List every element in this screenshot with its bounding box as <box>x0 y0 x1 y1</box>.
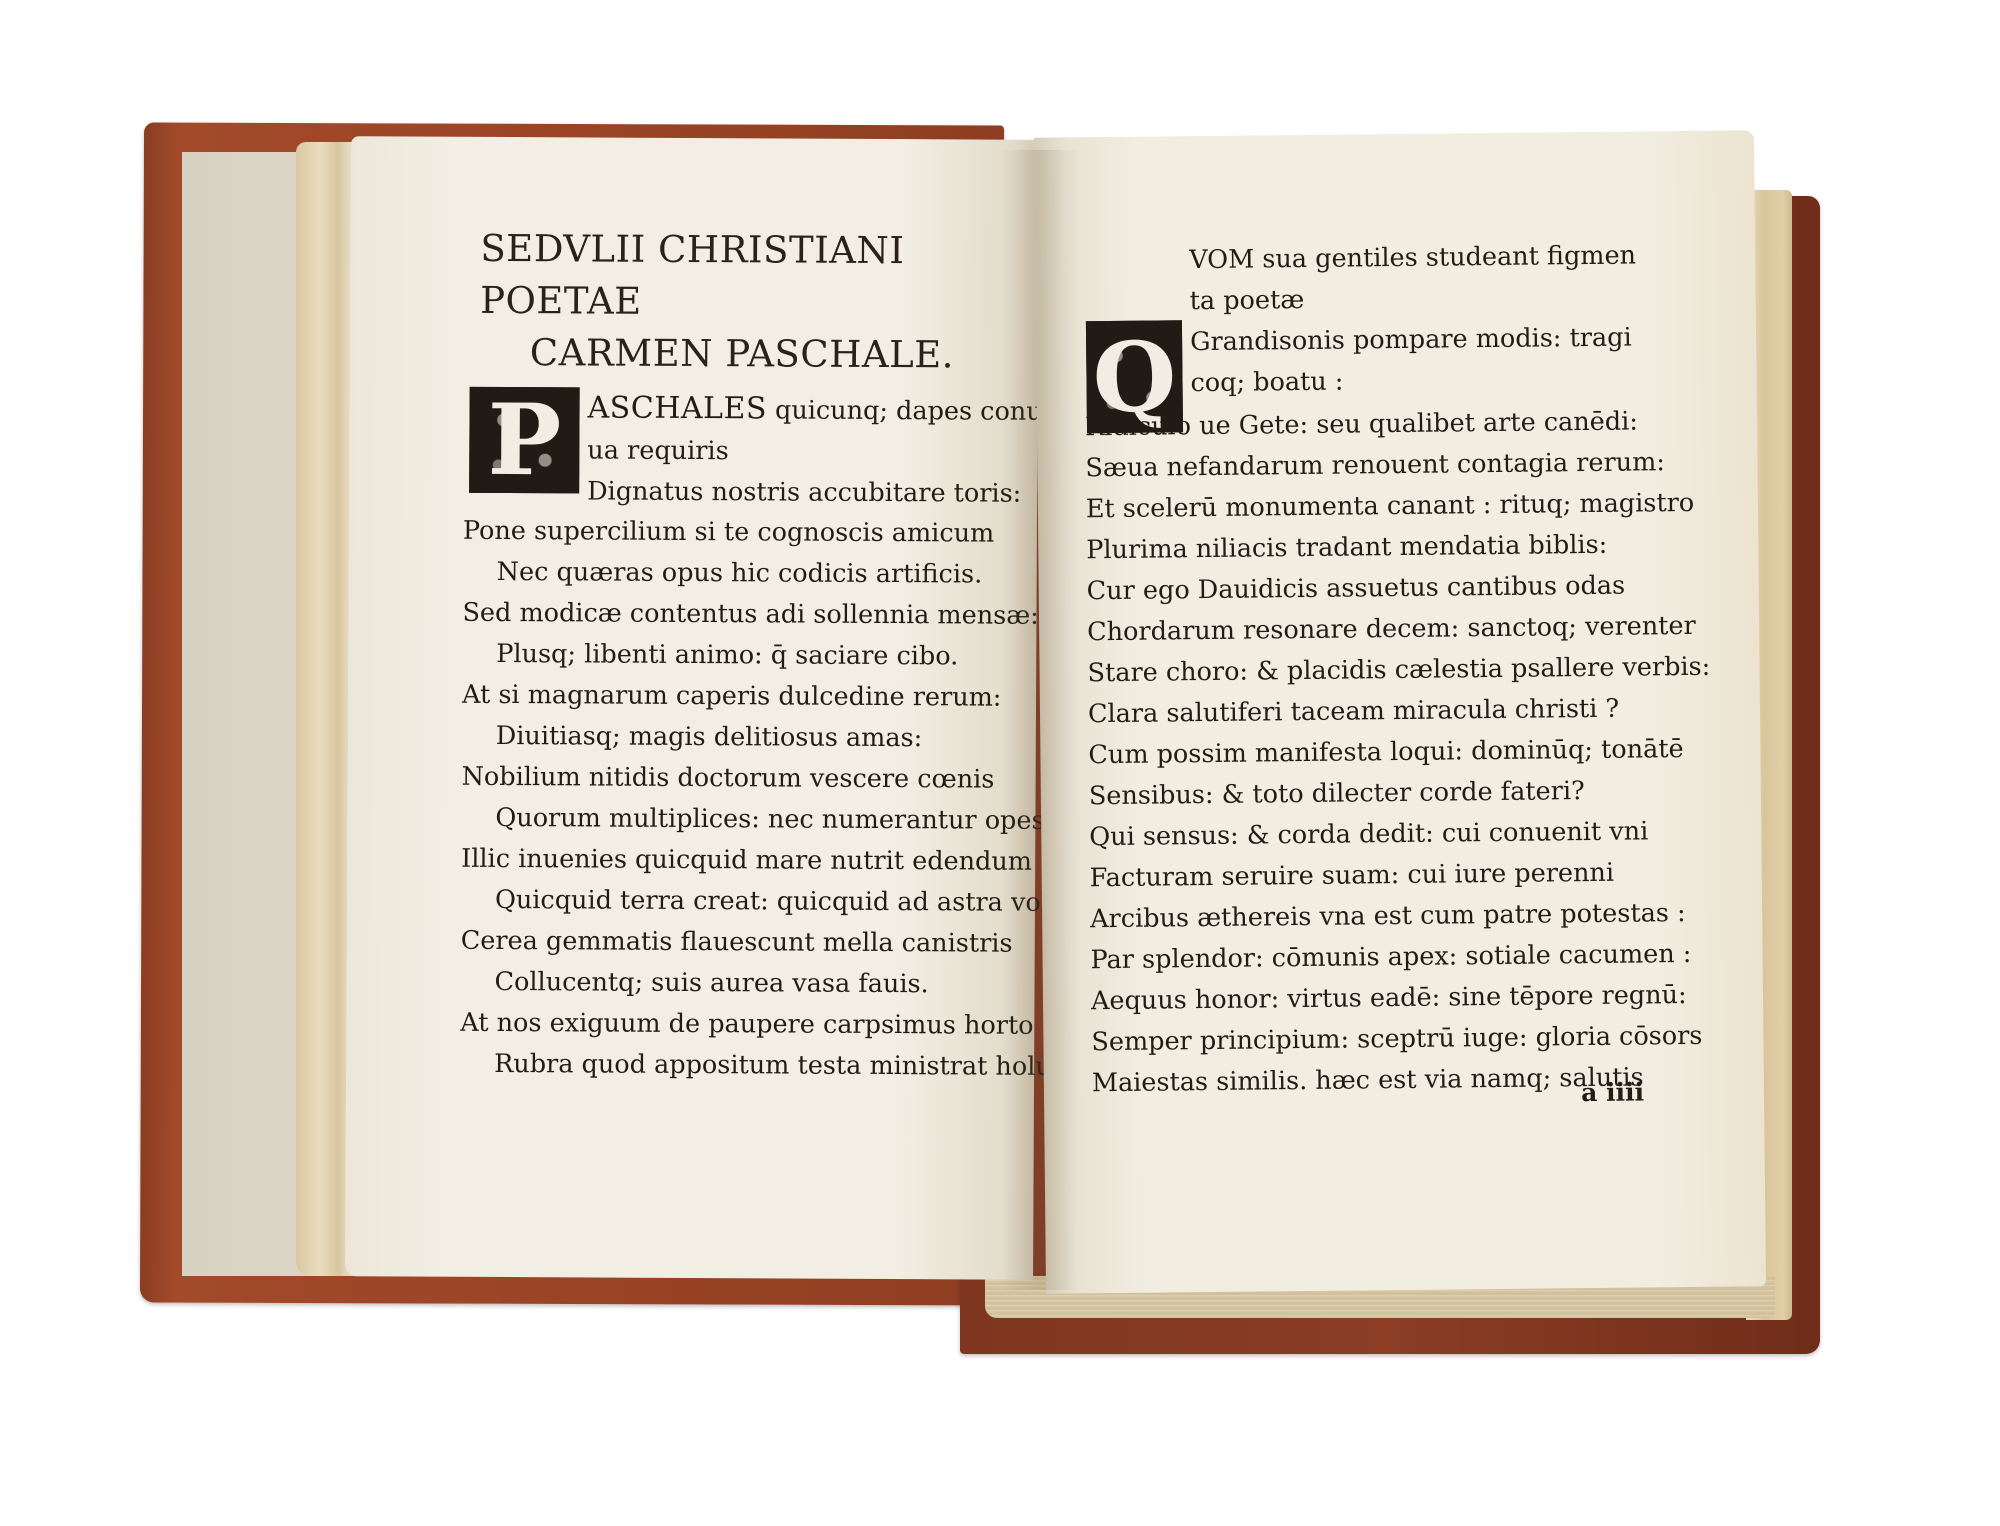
opening-line-3: Dignatus nostris accubitare toris: <box>587 471 1051 514</box>
verse-line: Nobilium nitidis doctorum vescere cœnis <box>462 757 1076 801</box>
verse-line: Quorum multiplices: nec numerantur opes. <box>461 798 1075 842</box>
verse-line: Illic inuenies quicquid mare nutrit eden… <box>461 839 1075 883</box>
verse-line: Collucentq; suis aurea vasa fauis. <box>460 962 1074 1006</box>
verse-line: Par splendor: cōmunis apex: sotiale cacu… <box>1090 934 1713 982</box>
verse-line: Cum possim manifesta loqui: dominūq; ton… <box>1088 729 1711 777</box>
verse-block: Pone supercilium si te cognoscis amicum … <box>460 511 1076 1088</box>
opening-line-1: VOM sua gentiles studeant figmen <box>1189 236 1636 282</box>
verse-line: Diuitiasq; magis delitiosus amas: <box>462 716 1076 760</box>
verse-line: Cerea gemmatis flauescunt mella canistri… <box>461 921 1075 965</box>
verse-line: Stare choro: & placidis cælestia psaller… <box>1087 647 1710 695</box>
verse-line: Nec quæras opus hic codicis artificis. <box>463 552 1077 596</box>
verse-line: Aequus honor: virtus eadē: sine tēpore r… <box>1091 975 1714 1023</box>
verse-line: Qui sensus: & corda dedit: cui conuenit … <box>1089 811 1712 859</box>
verse-line: Quicquid terra creat: quicquid ad astra … <box>461 880 1075 924</box>
title-line-2: CARMEN PASCHALE. <box>480 327 1040 382</box>
decorated-initial-p-icon: P <box>469 387 580 494</box>
verse-line: Ridiculo ue Gete: seu qualibet arte canē… <box>1085 401 1708 449</box>
right-page: Q VOM sua gentiles studeant figmen ta po… <box>1034 130 1766 1293</box>
signature-mark: a iiii <box>1581 1077 1644 1107</box>
verse-line: Arcibus æthereis vna est cum patre potes… <box>1090 893 1713 941</box>
title-line-1: SEDVLII CHRISTIANI POETAE <box>480 227 905 323</box>
verse-line: Sed modicæ contentus adi sollennia mensæ… <box>462 593 1076 637</box>
page-title: SEDVLII CHRISTIANI POETAE CARMEN PASCHAL… <box>480 223 1041 382</box>
verse-line: Clara salutiferi taceam miracula christi… <box>1088 688 1711 736</box>
verse-block: Ridiculo ue Gete: seu qualibet arte canē… <box>1085 401 1715 1104</box>
verse-line: Et scelerū monumenta canant : rituq; mag… <box>1086 483 1709 531</box>
opening-lines: ASCHALES quicunq; dapes conui ua requiri… <box>587 387 1051 514</box>
opening-line-2: ua requiris <box>587 430 1051 473</box>
verse-line: Pone supercilium si te cognoscis amicum <box>463 511 1077 555</box>
gutter-shadow <box>1000 150 1080 1290</box>
verse-line: At si magnarum caperis dulcedine rerum: <box>462 675 1076 719</box>
verse-line: Plurima niliacis tradant mendatia biblis… <box>1086 524 1709 572</box>
verse-line: Sæua nefandarum renouent contagia rerum: <box>1085 442 1708 490</box>
opening-line-4: coq; boatu : <box>1190 358 1637 404</box>
opening-lines: VOM sua gentiles studeant figmen ta poet… <box>1189 236 1637 405</box>
verse-line: Cur ego Dauidicis assuetus cantibus odas <box>1087 565 1710 613</box>
opening-caps: ASCHALES <box>587 390 767 426</box>
verse-line: Plusq; libenti animo: q̄ saciare cibo. <box>462 634 1076 678</box>
verse-line: Sensibus: & toto dilecter corde fateri? <box>1089 770 1712 818</box>
verse-line: Facturam seruire suam: cui iure perenni <box>1090 852 1713 900</box>
verse-line: Chordarum resonare decem: sanctoq; veren… <box>1087 606 1710 654</box>
verse-line: Semper principium: sceptrū iuge: gloria … <box>1091 1016 1714 1064</box>
verse-line: Rubra quod appositum testa ministrat hol… <box>460 1044 1074 1088</box>
opening-line-2: ta poetæ <box>1189 277 1636 323</box>
verse-line: At nos exiguum de paupere carpsimus hort… <box>460 1003 1074 1047</box>
left-page: SEDVLII CHRISTIANI POETAE CARMEN PASCHAL… <box>345 136 1039 1280</box>
opening-line-3: Grandisonis pompare modis: tragi <box>1190 318 1637 364</box>
